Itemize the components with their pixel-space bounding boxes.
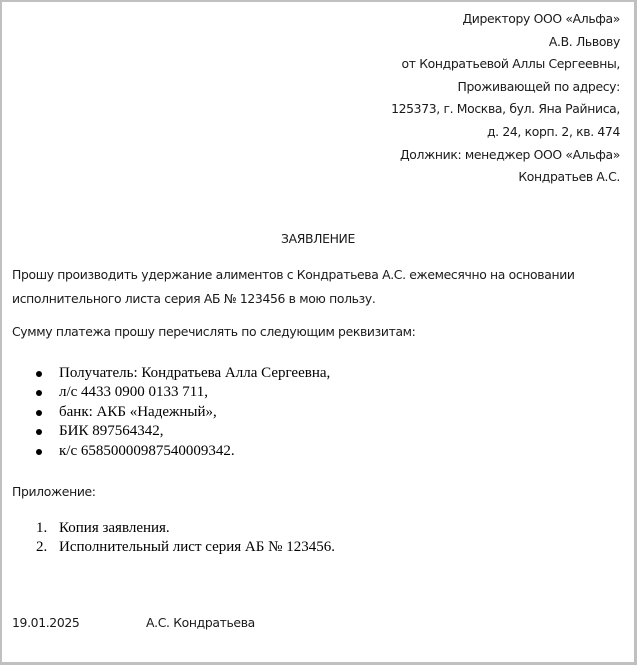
header-line-debtor: Должник: менеджер ООО «Альфа» <box>391 144 620 167</box>
bullet-icon <box>36 410 42 416</box>
request-paragraph-line-1: Прошу производить удержание алиментов с … <box>12 263 632 287</box>
requisite-bank: банк: АКБ «Надежный», <box>59 404 217 420</box>
requisites-list: Получатель: Кондратьева Алла Сергеевна, … <box>32 364 330 461</box>
list-item: 2. Исполнительный лист серия АБ № 123456… <box>32 538 335 557</box>
requisite-account: л/с 4433 0900 0133 711, <box>59 384 208 400</box>
requisite-recipient: Получатель: Кондратьева Алла Сергеевна, <box>59 365 330 381</box>
header-line-address-1: 125373, г. Москва, бул. Яна Райниса, <box>391 98 620 121</box>
addressee-block: Директору ООО «Альфа» А.В. Львову от Кон… <box>391 8 620 189</box>
signature-name: А.С. Кондратьева <box>146 612 255 634</box>
appendix-list: 1. Копия заявления. 2. Исполнительный ли… <box>32 519 335 558</box>
requisite-correspondent-account: к/с 65850000987540009342. <box>59 443 235 459</box>
bullet-icon <box>36 449 42 455</box>
header-line-debtor-name: Кондратьев А.С. <box>391 166 620 189</box>
list-item: л/с 4433 0900 0133 711, <box>32 383 330 402</box>
list-item: Получатель: Кондратьева Алла Сергеевна, <box>32 364 330 383</box>
request-paragraph: Прошу производить удержание алиментов с … <box>12 263 632 311</box>
list-number: 2. <box>36 538 47 557</box>
list-item: 1. Копия заявления. <box>32 519 335 538</box>
header-line-residence-label: Проживающей по адресу: <box>391 76 620 99</box>
appendix-label: Приложение: <box>12 481 96 503</box>
header-line-director-name: А.В. Львову <box>391 31 620 54</box>
list-item: банк: АКБ «Надежный», <box>32 403 330 422</box>
document-title: ЗАЯВЛЕНИЕ <box>2 229 634 249</box>
list-number: 1. <box>36 519 47 538</box>
list-item: к/с 65850000987540009342. <box>32 442 330 461</box>
appendix-item-text: Исполнительный лист серия АБ № 123456. <box>59 539 335 555</box>
bullet-icon <box>36 390 42 396</box>
list-item: БИК 897564342, <box>32 422 330 441</box>
header-line-director: Директору ООО «Альфа» <box>391 8 620 31</box>
signature-date: 19.01.2025 <box>12 612 79 634</box>
document-page: Директору ООО «Альфа» А.В. Львову от Кон… <box>0 0 637 665</box>
bullet-icon <box>36 371 42 377</box>
request-paragraph-line-2: исполнительного листа серия АБ № 123456 … <box>12 287 632 311</box>
bullet-icon <box>36 429 42 435</box>
header-line-address-2: д. 24, корп. 2, кв. 474 <box>391 121 620 144</box>
payment-paragraph: Сумму платежа прошу перечислять по следу… <box>12 321 416 343</box>
appendix-item-text: Копия заявления. <box>59 520 170 536</box>
header-line-applicant: от Кондратьевой Аллы Сергеевны, <box>391 53 620 76</box>
requisite-bik: БИК 897564342, <box>59 423 163 439</box>
